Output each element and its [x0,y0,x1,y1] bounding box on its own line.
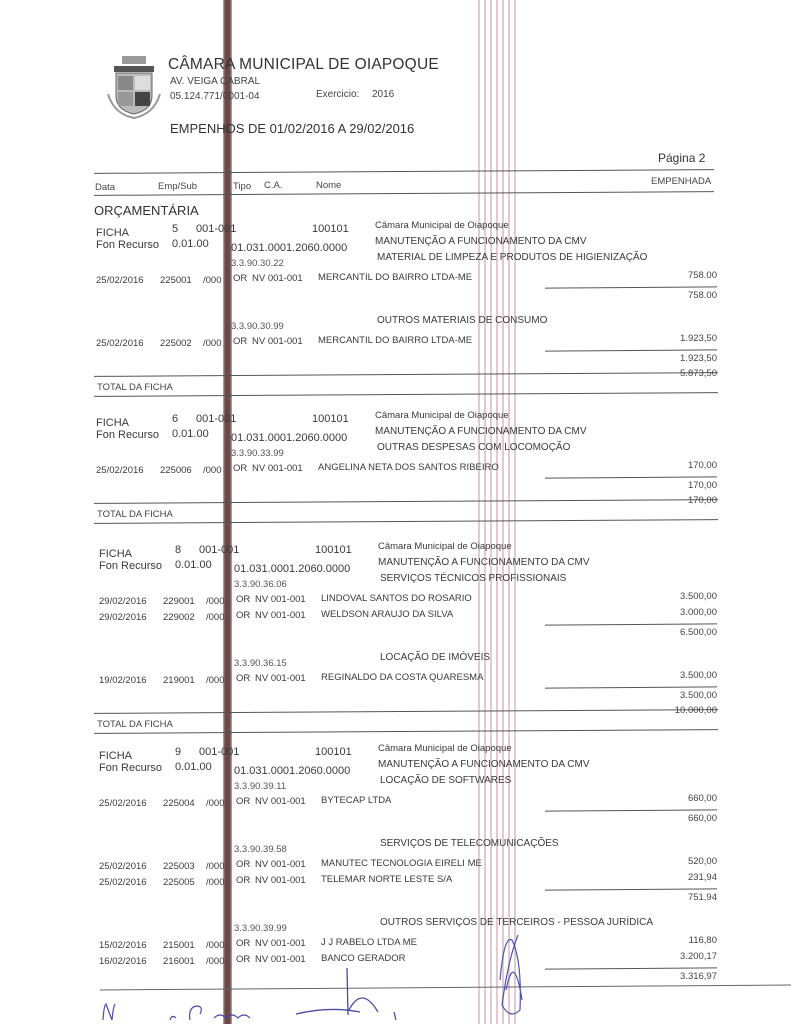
subtotal-value: 1.923,50 [617,353,717,364]
row-valor: 3.200,17 [617,951,717,962]
col-tipo: Tipo [233,181,251,192]
program-code: 01.031.0001.2060.0000 [231,432,347,444]
subtotal-value: 758.00 [617,290,717,301]
row-emp: 216001 [163,956,195,967]
program-code: 01.031.0001.2060.0000 [234,765,350,777]
subtotal-value: 751,94 [617,892,717,903]
unit-code: 100101 [315,746,352,758]
row-nome: BANCO GERADOR [321,953,405,964]
subtotal-rule [545,349,717,351]
row-sub: /000 [206,940,225,951]
ficha-total-value: 5.873,50 [617,368,717,379]
row-date: 19/02/2016 [99,675,147,686]
row-date: 29/02/2016 [99,612,147,623]
col-nome: Nome [316,180,341,191]
unit-code: 100101 [312,413,349,425]
subtotal-value: 3.500,00 [617,690,717,701]
row-valor: 520,00 [617,856,717,867]
row-emp: 215001 [163,940,195,951]
table-row[interactable]: 19/02/2016219001/000ORNV 001-001REGINALD… [0,673,791,687]
table-row[interactable]: 25/02/2016225002/000ORNV 001-001MERCANTI… [0,336,791,350]
row-ca: NV 001-001 [252,336,303,347]
row-sub: /000 [203,338,222,349]
row-sub: /000 [206,956,225,967]
exercicio-label: Exercicio: [316,89,359,100]
element-desc: LOCAÇÃO DE SOFTWARES [380,775,511,786]
row-date: 25/02/2016 [96,338,144,349]
ficha-total-label: TOTAL DA FICHA [97,719,173,730]
row-ca: NV 001-001 [255,796,306,807]
col-empenhada: EMPENHADA [651,176,711,187]
report-title: EMPENHOS DE 01/02/2016 A 29/02/2016 [170,121,414,136]
ficha-code: 001-001 [196,413,236,425]
row-ca: NV 001-001 [255,875,306,886]
row-nome: ANGELINA NETA DOS SANTOS RIBEIRO [318,462,499,473]
row-ca: NV 001-001 [252,273,303,284]
ficha-label: FICHA [96,417,129,429]
subtotal-rule [545,888,717,890]
row-ca: NV 001-001 [255,954,306,965]
row-sub: /000 [203,465,222,476]
subtotal-value: 3.316,97 [617,971,717,982]
divider [94,169,714,174]
org-line: Câmara Municipal de Oiapoque [378,743,512,754]
org-name: CÂMARA MUNICIPAL DE OIAPOQUE [168,56,439,74]
ficha-total-value: 10.000,00 [617,705,717,716]
row-tipo: OR [236,875,250,886]
org-address: AV. VEIGA CABRAL [170,76,260,87]
row-nome: TELEMAR NORTE LESTE S/A [321,874,452,885]
subtotal-value: 660,00 [617,813,717,824]
row-emp: 225001 [160,275,192,286]
table-row[interactable]: 25/02/2016225004/000ORNV 001-001BYTECAP … [0,796,791,810]
ficha-number: 5 [172,223,178,235]
element-code: 3.3.90.36.15 [234,658,287,669]
row-valor: 3.000,00 [617,607,717,618]
row-sub: /000 [206,798,225,809]
table-row[interactable]: 16/02/2016216001/000ORNV 001-001BANCO GE… [0,954,791,968]
row-valor: 231,94 [617,872,717,883]
unit-code: 100101 [315,544,352,556]
table-row[interactable]: 25/02/2016225003/000ORNV 001-001MANUTEC … [0,859,791,873]
row-date: 25/02/2016 [99,861,147,872]
row-emp: 225005 [163,877,195,888]
row-ca: NV 001-001 [255,673,306,684]
row-tipo: OR [236,796,250,807]
row-sub: /000 [203,275,222,286]
row-emp: 229001 [163,596,195,607]
fon-recurso-label: Fon Recurso [96,239,159,251]
fon-recurso-label: Fon Recurso [96,429,159,441]
ficha-number: 6 [172,413,178,425]
org-line: Câmara Municipal de Oiapoque [378,541,512,552]
row-emp: 229002 [163,612,195,623]
subtotal-rule [545,686,717,688]
row-valor: 170,00 [617,460,717,471]
divider [94,519,718,524]
ficha-total-value: 170,00 [617,495,717,506]
element-desc: OUTROS MATERIAIS DE CONSUMO [377,315,547,326]
org-line: Câmara Municipal de Oiapoque [375,410,509,421]
program-code: 01.031.0001.2060.0000 [234,563,350,575]
row-tipo: OR [236,938,250,949]
ficha-total-label: TOTAL DA FICHA [97,382,173,393]
row-valor: 660,00 [617,793,717,804]
row-nome: J J RABELO LTDA ME [321,937,417,948]
row-sub: /000 [206,675,225,686]
row-nome: MERCANTIL DO BAIRRO LTDA-ME [318,272,472,283]
row-tipo: OR [236,859,250,870]
row-sub: /000 [206,877,225,888]
row-ca: NV 001-001 [255,594,306,605]
row-date: 25/02/2016 [96,275,144,286]
table-row[interactable]: 29/02/2016229002/000ORNV 001-001WELDSON … [0,610,791,624]
row-valor: 1.923,50 [617,333,717,344]
row-nome: REGINALDO DA COSTA QUARESMA [321,672,483,683]
subtotal-rule [545,809,717,811]
row-tipo: OR [233,336,247,347]
table-row[interactable]: 25/02/2016225006/000ORNV 001-001ANGELINA… [0,463,791,477]
element-code: 3.3.90.39.11 [234,781,286,792]
ficha-label: FICHA [99,750,132,762]
page-number: Página 2 [658,151,705,165]
element-desc: OUTROS SERVIÇOS DE TERCEIROS - PESSOA JU… [380,917,653,928]
row-date: 29/02/2016 [99,596,147,607]
ficha-total-label: TOTAL DA FICHA [97,509,173,520]
element-desc: OUTRAS DESPESAS COM LOCOMOÇÃO [377,442,570,453]
row-date: 25/02/2016 [99,798,147,809]
ficha-number: 8 [175,544,181,556]
row-tipo: OR [233,273,247,284]
element-code: 3.3.90.39.58 [234,844,287,855]
row-valor: 3.500,00 [617,591,717,602]
row-emp: 225003 [163,861,195,872]
table-row[interactable]: 25/02/2016225005/000ORNV 001-001TELEMAR … [0,875,791,889]
row-valor: 758.00 [617,270,717,281]
col-emp-sub: Emp/Sub [158,181,197,192]
row-date: 16/02/2016 [99,956,147,967]
element-code: 3.3.90.36.06 [234,579,287,590]
fon-recurso-value: 0.01.00 [175,761,212,773]
divider [94,392,718,397]
action-desc: MANUTENÇÃO A FUNCIONAMENTO DA CMV [378,557,590,568]
action-desc: MANUTENÇÃO A FUNCIONAMENTO DA CMV [375,426,587,437]
element-desc: SERVIÇOS DE TELECOMUNICAÇÕES [380,838,559,849]
subtotal-rule [545,623,717,625]
row-date: 25/02/2016 [99,877,147,888]
row-ca: NV 001-001 [255,610,306,621]
row-nome: BYTECAP LTDA [321,795,391,806]
col-data: Data [95,182,115,193]
row-sub: /000 [206,861,225,872]
row-sub: /000 [206,596,225,607]
row-ca: NV 001-001 [255,938,306,949]
ficha-code: 001-001 [196,223,236,235]
fon-recurso-label: Fon Recurso [99,560,162,572]
subtotal-rule [545,967,717,969]
row-nome: WELDSON ARAUJO DA SILVA [321,609,453,620]
ficha-number: 9 [175,746,181,758]
row-ca: NV 001-001 [252,463,303,474]
ficha-code: 001-001 [199,544,239,556]
element-code: 3.3.90.39.99 [234,923,287,934]
row-emp: 225002 [160,338,192,349]
col-ca: C.A. [264,180,282,191]
ficha-code: 001-001 [199,746,239,758]
subtotal-rule [545,476,717,478]
subtotal-rule [545,286,717,288]
row-date: 25/02/2016 [96,465,144,476]
table-row[interactable]: 29/02/2016229001/000ORNV 001-001LINDOVAL… [0,594,791,608]
exercicio-value: 2016 [372,89,394,100]
table-row[interactable]: 25/02/2016225001/000ORNV 001-001MERCANTI… [0,273,791,287]
element-code: 3.3.90.30.99 [231,321,284,332]
row-emp: 225004 [163,798,195,809]
municipal-crest-icon [104,54,164,120]
org-line: Câmara Municipal de Oiapoque [375,220,509,231]
divider [94,729,718,734]
row-tipo: OR [236,594,250,605]
element-desc: LOCAÇÃO DE IMÓVEIS [380,652,490,663]
unit-code: 100101 [312,223,349,235]
row-sub: /000 [206,612,225,623]
element-desc: MATERIAL DE LIMPEZA E PRODUTOS DE HIGIEN… [377,252,647,263]
fon-recurso-value: 0.01.00 [175,559,212,571]
row-emp: 225006 [160,465,192,476]
row-tipo: OR [233,463,247,474]
row-nome: MERCANTIL DO BAIRRO LTDA-ME [318,335,472,346]
program-code: 01.031.0001.2060.0000 [231,242,347,254]
org-cnpj: 05.124.771/0001-04 [170,91,260,102]
row-valor: 116,80 [617,935,717,946]
subtotal-value: 170,00 [617,480,717,491]
element-code: 3.3.90.33.99 [231,448,284,459]
row-valor: 3.500,00 [617,670,717,681]
element-desc: SERVIÇOS TÉCNICOS PROFISSIONAIS [380,573,566,584]
action-desc: MANUTENÇÃO A FUNCIONAMENTO DA CMV [378,759,590,770]
ficha-label: FICHA [96,227,129,239]
row-nome: LINDOVAL SANTOS DO ROSARIO [321,593,472,604]
row-date: 15/02/2016 [99,940,147,951]
row-tipo: OR [236,954,250,965]
section-title: ORÇAMENTÁRIA [94,203,199,218]
fon-recurso-value: 0.01.00 [172,238,209,250]
fon-recurso-label: Fon Recurso [99,762,162,774]
row-tipo: OR [236,673,250,684]
action-desc: MANUTENÇÃO A FUNCIONAMENTO DA CMV [375,236,587,247]
row-tipo: OR [236,610,250,621]
row-nome: MANUTEC TECNOLOGIA EIRELI ME [321,858,482,869]
subtotal-value: 6.500,00 [617,627,717,638]
element-code: 3.3.90.30.22 [231,258,284,269]
fon-recurso-value: 0.01.00 [172,428,209,440]
table-row[interactable]: 15/02/2016215001/000ORNV 001-001J J RABE… [0,938,791,952]
row-ca: NV 001-001 [255,859,306,870]
row-emp: 219001 [163,675,195,686]
ficha-label: FICHA [99,548,132,560]
